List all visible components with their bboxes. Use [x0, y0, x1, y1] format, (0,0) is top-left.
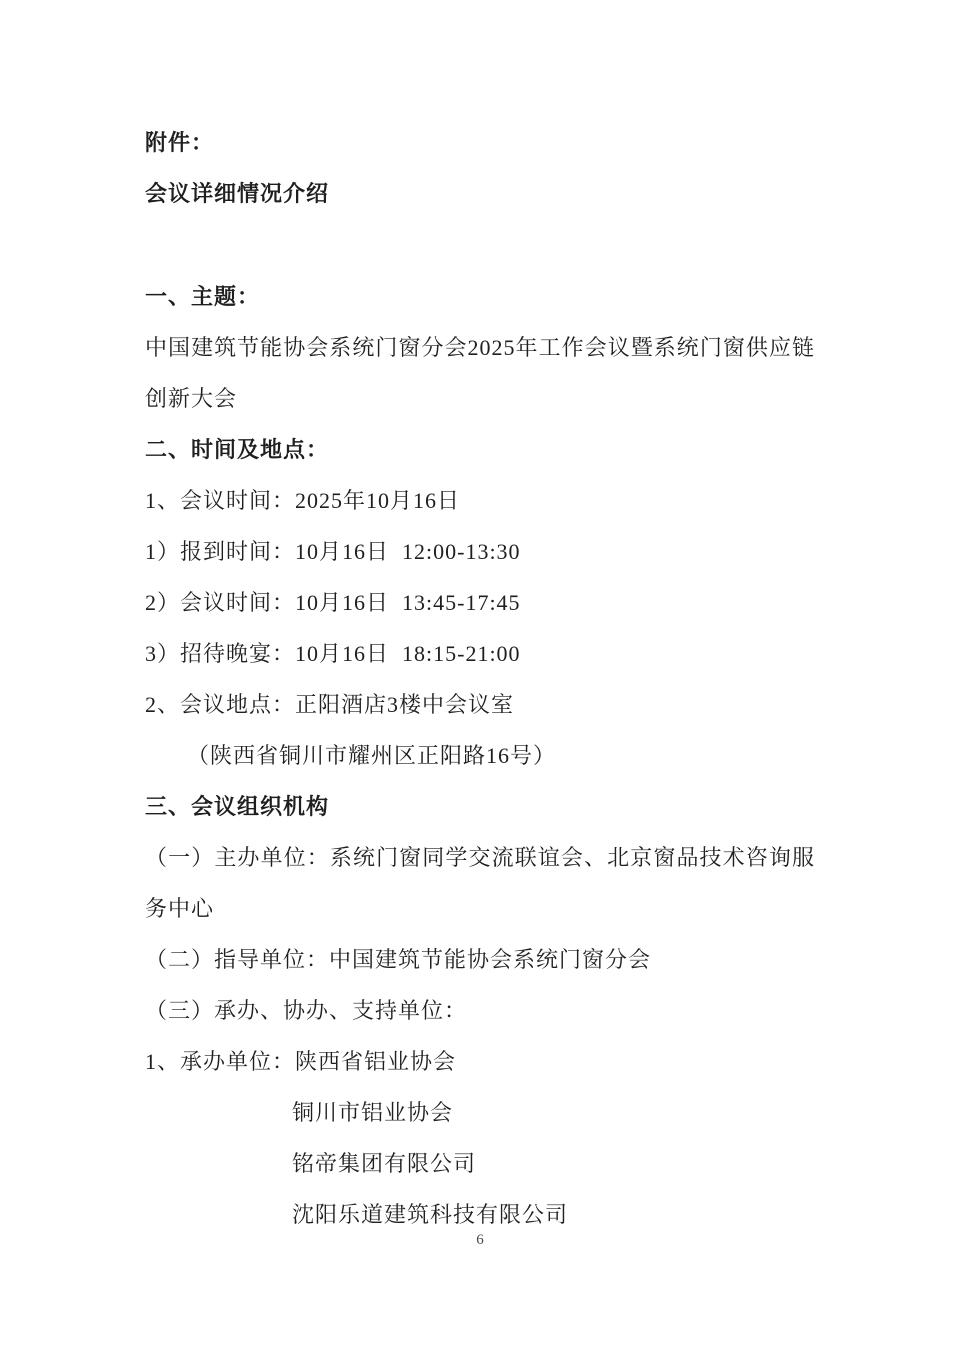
venue-address-line: （陕西省铜川市耀州区正阳路16号） [145, 730, 815, 781]
section-heading-organization: 三、会议组织机构 [145, 781, 815, 832]
venue-line: 2、会议地点：正阳酒店3楼中会议室 [145, 679, 815, 730]
undertaker-line-2: 铜川市铝业协会 [145, 1087, 815, 1138]
vertical-spacer [145, 219, 815, 271]
guidance-unit-line: （二）指导单位：中国建筑节能协会系统门窗分会 [145, 934, 815, 985]
host-unit-line-1: （一）主办单位：系统门窗同学交流联谊会、北京窗品技术咨询服 [145, 832, 815, 883]
banquet-time-line: 3）招待晚宴：10月16日 18:15-21:00 [145, 628, 815, 679]
section-heading-theme: 一、主题： [145, 271, 815, 322]
session-time-line: 2）会议时间：10月16日 13:45-17:45 [145, 577, 815, 628]
meeting-time-line: 1、会议时间：2025年10月16日 [145, 475, 815, 526]
host-unit-line-2: 务中心 [145, 883, 815, 934]
checkin-time-line: 1）报到时间：10月16日 12:00-13:30 [145, 526, 815, 577]
document-page: 附件： 会议详细情况介绍 一、主题： 中国建筑节能协会系统门窗分会2025年工作… [0, 0, 960, 1357]
undertaker-line-3: 铭帝集团有限公司 [145, 1138, 815, 1189]
undertaker-line-1: 1、承办单位：陕西省铝业协会 [145, 1036, 815, 1087]
page-number: 6 [145, 1232, 815, 1249]
theme-text-line-1: 中国建筑节能协会系统门窗分会2025年工作会议暨系统门窗供应链 [145, 322, 815, 373]
section-heading-time-place: 二、时间及地点： [145, 424, 815, 475]
attachment-label: 附件： [145, 117, 815, 168]
theme-text-line-2: 创新大会 [145, 373, 815, 424]
document-body: 附件： 会议详细情况介绍 一、主题： 中国建筑节能协会系统门窗分会2025年工作… [145, 117, 815, 1240]
document-title: 会议详细情况介绍 [145, 168, 815, 219]
support-units-heading-line: （三）承办、协办、支持单位： [145, 985, 815, 1036]
